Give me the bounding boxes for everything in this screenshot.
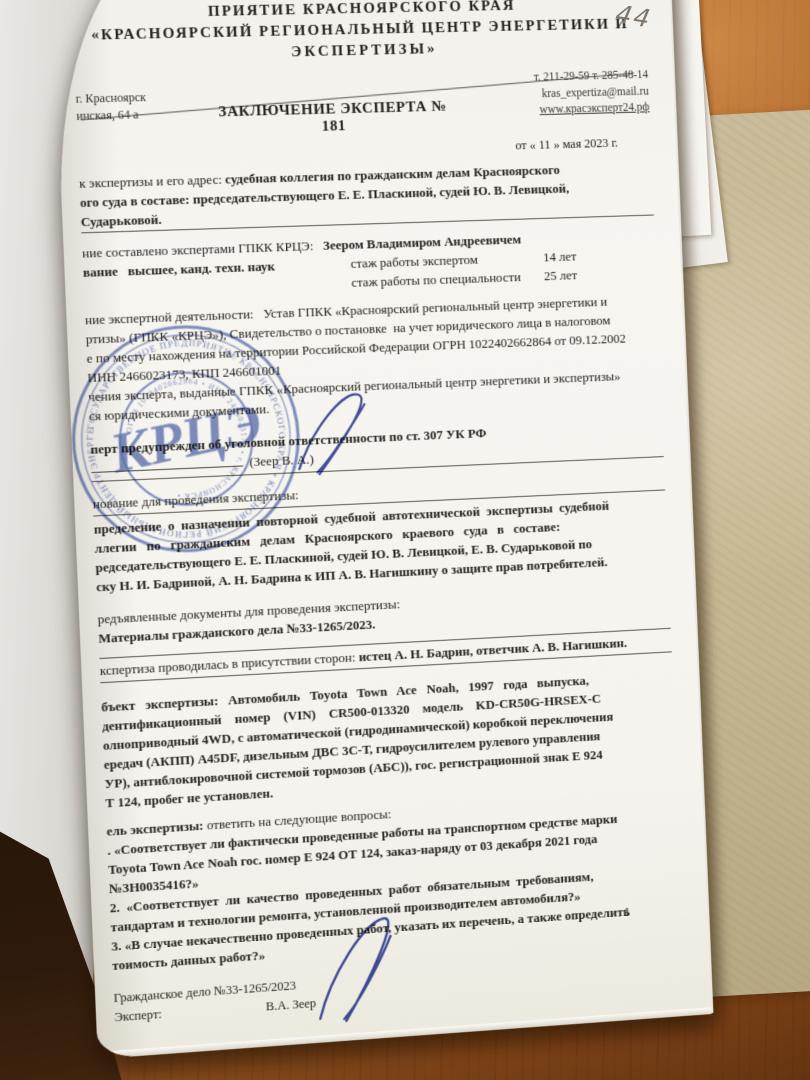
body-lines: к экспертизы и его адрес: судебная колле… [79,158,686,1028]
expert-signature [280,380,425,478]
text-fragment: 14 лет [543,249,577,265]
photo-scene: ПРИЯТИЕ КРАСНОЯРСКОГО КРАЯ «КРАСНОЯРСКИЙ… [0,0,810,1080]
text-fragment: 25 лет [544,267,578,283]
footer-signature [296,906,455,1032]
text-fragment: Сударьковой. [81,212,163,230]
round-stamp: ГОСУДАРСТВЕННОЕ ПРЕДПРИЯТИЕ КРАСНОЯРСКОГ… [54,307,317,569]
contacts-block: т. 211-29-59 т. 285-48-14 kras_expertiza… [457,67,650,132]
website-line: www.красэксперт24.рф [459,100,650,121]
document-page: ПРИЯТИЕ КРАСНОЯРСКОГО КРАЯ «КРАСНОЯРСКИЙ… [51,0,712,1059]
page-number: 1 [624,902,631,921]
header-row: г. Красноярск инская, 64 а ЗАКЛЮЧЕНИЕ ЭК… [74,55,650,142]
document-title: ЗАКЛЮЧЕНИЕ ЭКСПЕРТА № 181 [206,98,460,138]
text-fragment: к экспертизы и его адрес: [79,172,226,191]
